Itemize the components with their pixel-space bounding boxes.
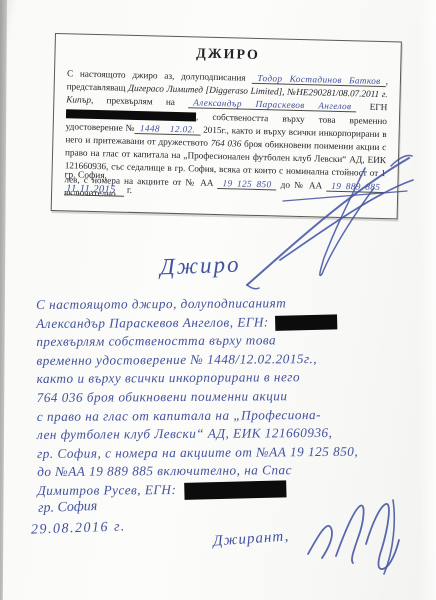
form-title: ДЖИРО — [67, 43, 388, 67]
signature-endorser — [296, 492, 416, 577]
handwritten-title: Джиро — [160, 252, 241, 281]
handwritten-city: гр. София — [38, 499, 98, 517]
typed-text: С настоящото джиро аз, долуподписания — [67, 68, 253, 83]
form-date: 11.11.2015г. — [64, 183, 132, 196]
handwritten-text: гр. София, с номера на акциите от №АА 19… — [37, 444, 358, 461]
handwritten-date: 11.11.2015 — [64, 183, 124, 196]
redaction-box — [66, 109, 196, 121]
redaction-box — [184, 481, 286, 500]
handwritten-text: временно удостоверение № 1448/12.02.2015… — [36, 351, 317, 368]
handwritten-body: С настоящото джиро, долуподписаният Алек… — [36, 294, 433, 501]
handwritten-date-bottom: 29.08.2016 г. — [31, 519, 126, 538]
handwritten-text: Александър Параскевов Ангелов, ЕГН: — [36, 314, 269, 331]
handwritten-share-number-from: 19 125 850 — [217, 178, 276, 190]
typed-text: прехвърлям на — [93, 95, 188, 107]
handwritten-share-number-to: 19 889 885 — [326, 180, 385, 192]
signer-label: Джирант, — [213, 528, 290, 550]
handwritten-text: лен футболен клуб Левски“ АД, ЕИК 121660… — [37, 425, 333, 442]
handwritten-text: до №АА 19 889 885 включително, на Спас — [37, 463, 292, 480]
handwritten-text: С настоящото джиро, долуподписаният — [36, 295, 286, 312]
typed-text: до № АА — [276, 179, 326, 190]
date-suffix: г. — [127, 186, 132, 196]
redaction-box — [275, 314, 337, 331]
handwritten-text: както и върху всички инкорпорирани в нег… — [37, 370, 301, 387]
scanned-document-page: ДЖИРО С настоящото джиро аз, долуподписа… — [0, 0, 436, 600]
handwritten-text: с право на глас от капитала на „Професио… — [37, 407, 321, 424]
egn-label: ЕГН — [356, 102, 387, 113]
handwritten-text: Димитров Русев, ЕГН: — [37, 482, 176, 498]
handwritten-text: 764 036 броя обикновени поименни акции — [37, 388, 288, 405]
handwritten-certificate-number: 1448 — [135, 123, 165, 135]
endorsement-form-box: ДЖИРО С настоящото джиро аз, долуподписа… — [51, 33, 402, 219]
form-city-label: гр. София, — [64, 170, 107, 181]
handwritten-text: прехвърлям собствеността върху това — [36, 333, 276, 350]
shares-count: 764 036 — [211, 138, 242, 149]
paper-edge — [0, 0, 7, 600]
handwritten-name-transferor: Тодор Костадинов Батков — [252, 73, 385, 87]
handwritten-certificate-date: 12.02. — [165, 124, 201, 136]
